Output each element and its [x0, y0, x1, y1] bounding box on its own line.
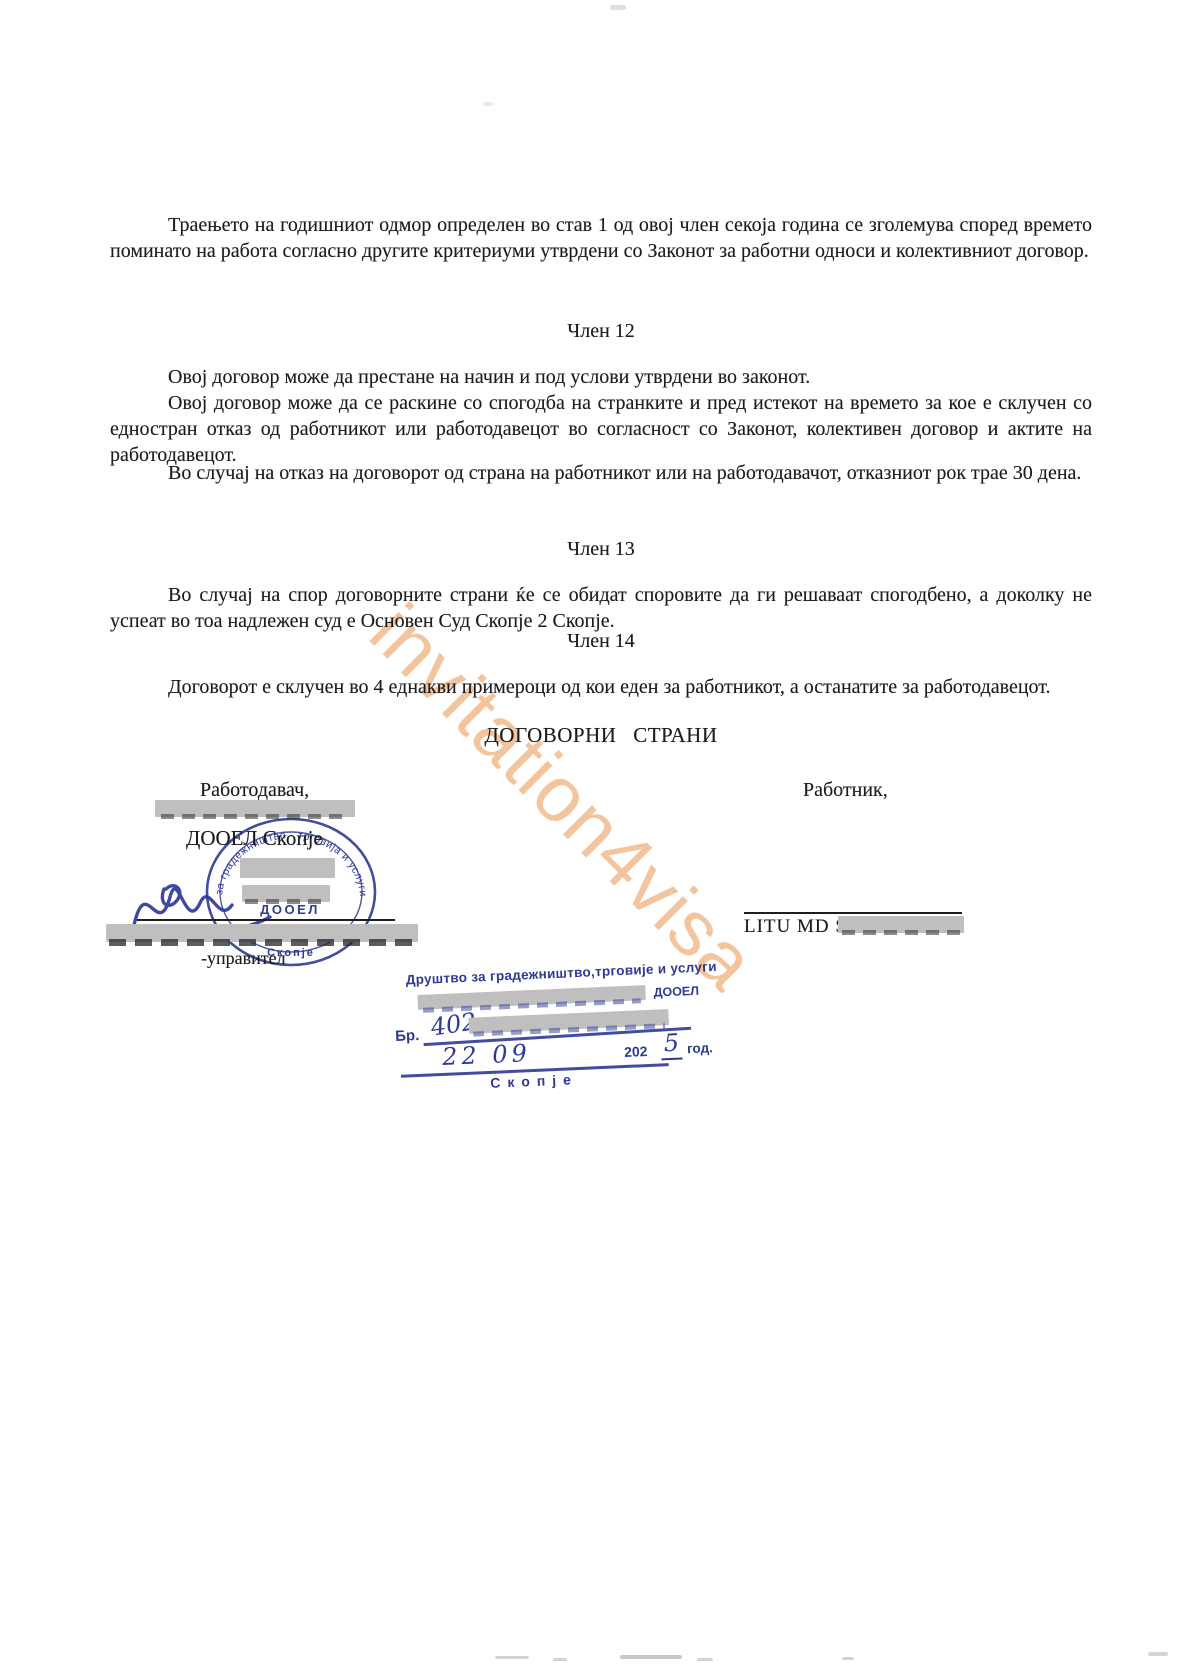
scan-artifact	[610, 5, 626, 10]
article-14-paragraph-1: Договорот е склучен во 4 еднакви примеро…	[110, 674, 1092, 700]
scan-artifact	[697, 1658, 713, 1661]
worker-signature-line	[744, 912, 962, 914]
employer-signature-line	[137, 919, 395, 921]
redaction-bar-worker-name	[838, 916, 964, 933]
article-12-paragraph-3: Во случај на отказ на договорот од стран…	[110, 460, 1092, 486]
redaction-bar-employer-signatory	[106, 924, 418, 942]
article-14-title: Член 14	[110, 628, 1092, 654]
intro-paragraph: Траењето на годишниот одмор определен во…	[110, 212, 1092, 264]
article-12-paragraph-1: Овој договор може да престане на начин и…	[110, 364, 1092, 390]
redaction-bar-employer-name	[155, 800, 355, 817]
scan-artifact	[495, 1656, 529, 1659]
date-stamp: Друштво за градежништво,трговије и услуг…	[380, 951, 731, 1106]
date-stamp-year-printed: 202	[624, 1043, 648, 1060]
employer-role: -управител	[201, 948, 286, 969]
employer-label: Работодавач,	[200, 779, 309, 802]
scan-artifact	[842, 1657, 854, 1660]
date-stamp-year-suffix: год.	[687, 1040, 713, 1056]
scanned-contract-page: Траењето на годишниот одмор определен во…	[0, 0, 1200, 1669]
date-stamp-city: Скопје	[490, 1071, 578, 1091]
date-stamp-day-month-handwritten: 22 09	[442, 1039, 532, 1071]
article-13-paragraph-1: Во случај на спор договорните страни ќе …	[110, 582, 1092, 634]
article-13-title: Член 13	[110, 536, 1092, 562]
employer-company: ДООЕЛ Скопје	[186, 826, 323, 851]
redaction-bar-stamp-company	[417, 985, 645, 1010]
contracting-parties-heading: ДОГОВОРНИ СТРАНИ	[110, 722, 1092, 748]
date-stamp-year-handwritten: 5	[660, 1029, 683, 1061]
scan-artifact	[483, 102, 493, 106]
article-12-paragraph-2: Овој договор може да се раскине со спого…	[110, 390, 1092, 468]
article-12-title: Член 12	[110, 318, 1092, 344]
date-stamp-company-line: Друштво за градежништво,трговије и услуг…	[405, 959, 717, 988]
date-stamp-number-label: Бр.	[395, 1027, 420, 1045]
redaction-bar-stamp-line2	[242, 885, 330, 902]
redaction-bar-stamp-line1	[240, 858, 335, 878]
worker-label: Работник,	[803, 779, 888, 802]
scan-artifact	[553, 1658, 567, 1661]
scan-artifact	[620, 1655, 682, 1659]
date-stamp-company-suffix: ДООЕЛ	[653, 984, 699, 1000]
scan-artifact	[1148, 1652, 1168, 1656]
worker-name: LITU MD S	[744, 916, 847, 938]
